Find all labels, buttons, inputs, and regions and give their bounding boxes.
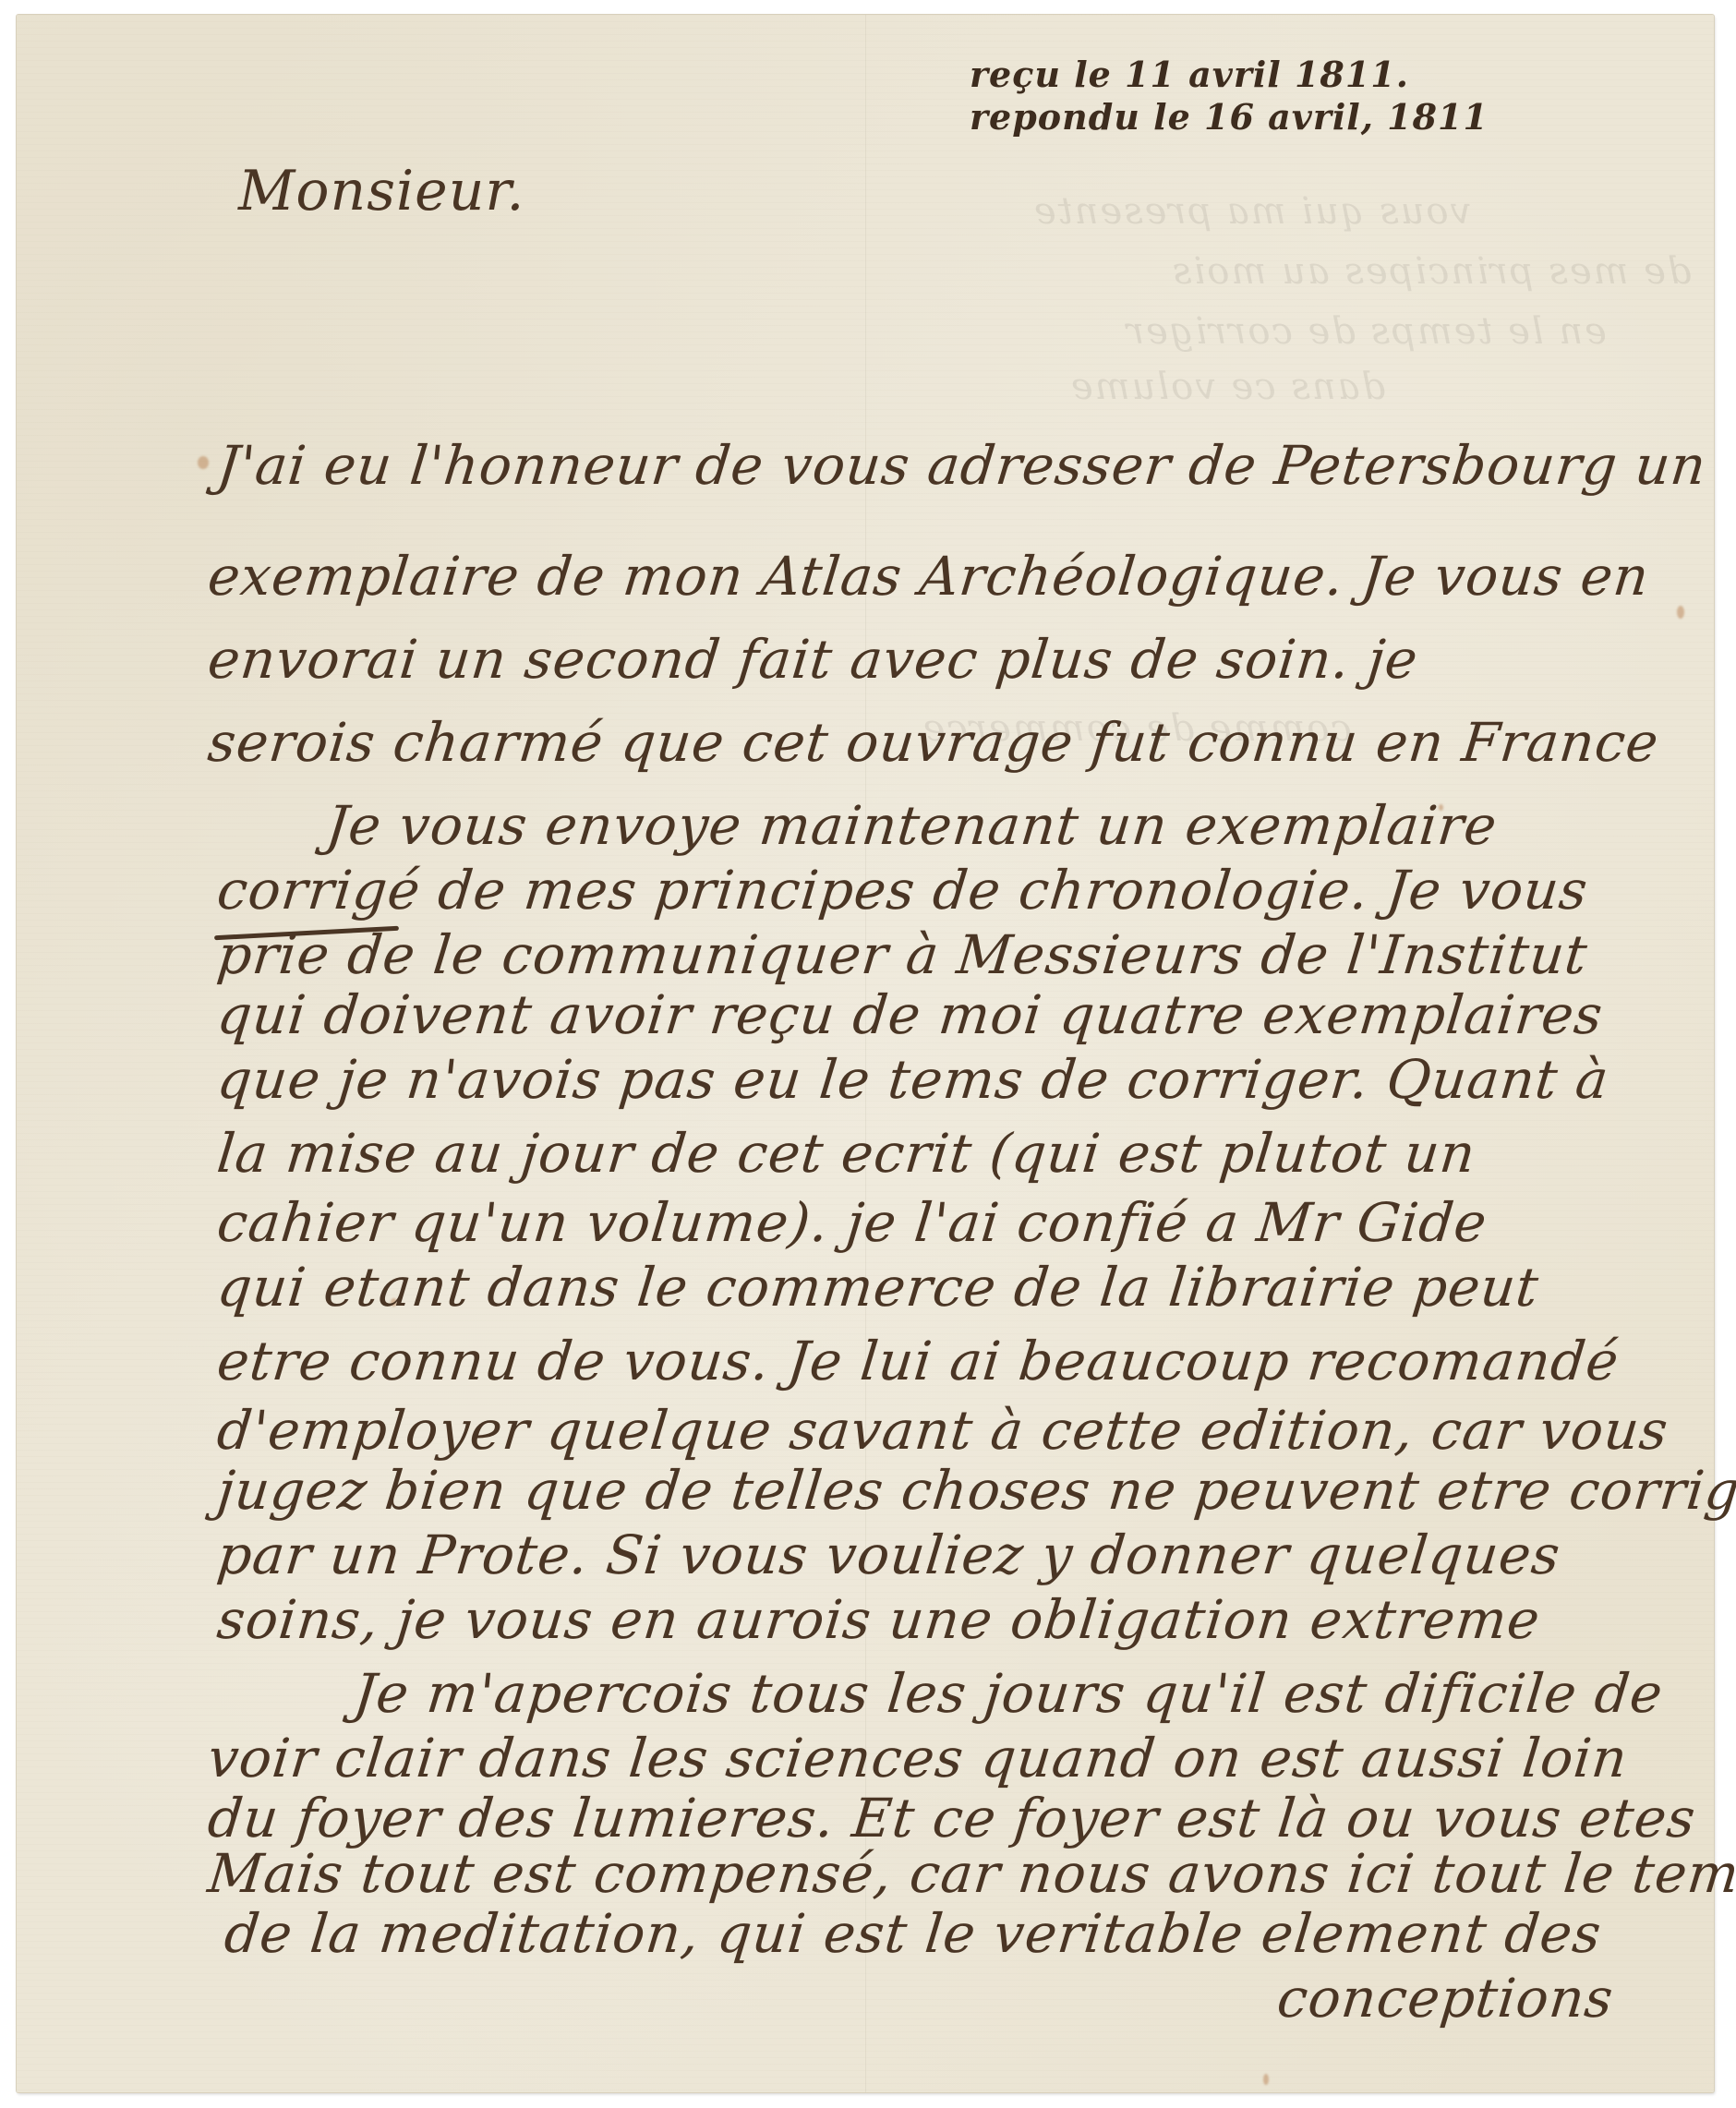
letter-line: serois charmé que cet ouvrage fut connu …: [205, 711, 1662, 774]
letter-line: Mais tout est compensé, car nous avons i…: [205, 1842, 1736, 1905]
answered-date-annotation: repondu le 16 avril, 1811: [970, 96, 1489, 138]
foxing-stain: [198, 456, 209, 469]
letter-line: voir clair dans les sciences quand on es…: [205, 1727, 1631, 1789]
letter-line: conceptions: [1274, 1967, 1617, 2030]
letter-line: qui doivent avoir reçu de moi quatre exe…: [214, 983, 1606, 1046]
letter-line: etre connu de vous. Je lui ai beaucoup r…: [214, 1330, 1622, 1392]
letter-line: la mise au jour de cet ecrit (qui est pl…: [214, 1122, 1478, 1185]
letter-line: de la meditation, qui est le veritable e…: [222, 1902, 1605, 1965]
letter-line: Je m'apercois tous les jours qu'il est d…: [351, 1662, 1666, 1725]
letter-line: que je n'avois pas eu le tems de corrige…: [214, 1048, 1612, 1111]
bleed-through-text: dans ce volume: [1069, 366, 1385, 408]
salutation: Monsieur.: [238, 159, 525, 223]
letter-line: J'ai eu l'honneur de vous adresser de Pe…: [214, 434, 1709, 497]
letter-line: du foyer des lumieres. Et ce foyer est l…: [205, 1787, 1699, 1849]
letter-line: jugez bien que de telles choses ne peuve…: [214, 1459, 1736, 1522]
letter-line: qui etant dans le commerce de la librair…: [214, 1256, 1542, 1319]
letter-line: par un Prote. Si vous vouliez y donner q…: [214, 1524, 1563, 1586]
letter-line: Je vous envoye maintenant un exemplaire: [323, 794, 1501, 857]
bleed-through-text: vous qui ma presente: [1032, 190, 1471, 233]
foxing-stain: [1677, 606, 1684, 619]
letter-line: exemplaire de mon Atlas Archéologique. J…: [205, 545, 1652, 608]
letter-line: prie de le communiquer à Messieurs de l'…: [214, 923, 1591, 986]
bleed-through-text: de mes principes au mois: [1171, 250, 1692, 293]
letter-line: soins, je vous en aurois une obligation …: [214, 1588, 1543, 1651]
foxing-stain: [1263, 2074, 1269, 2085]
letter-line: d'employer quelque savant à cette editio…: [214, 1399, 1671, 1462]
letter-line: envorai un second fait avec plus de soin…: [205, 628, 1421, 691]
letter-line: cahier qu'un volume). je l'ai confié a M…: [214, 1191, 1490, 1254]
received-date-annotation: reçu le 11 avril 1811.: [970, 54, 1409, 95]
bleed-through-text: en le temps de corriger: [1125, 310, 1607, 353]
letter-line: corrigé de mes principes de chronologie.…: [214, 859, 1591, 921]
